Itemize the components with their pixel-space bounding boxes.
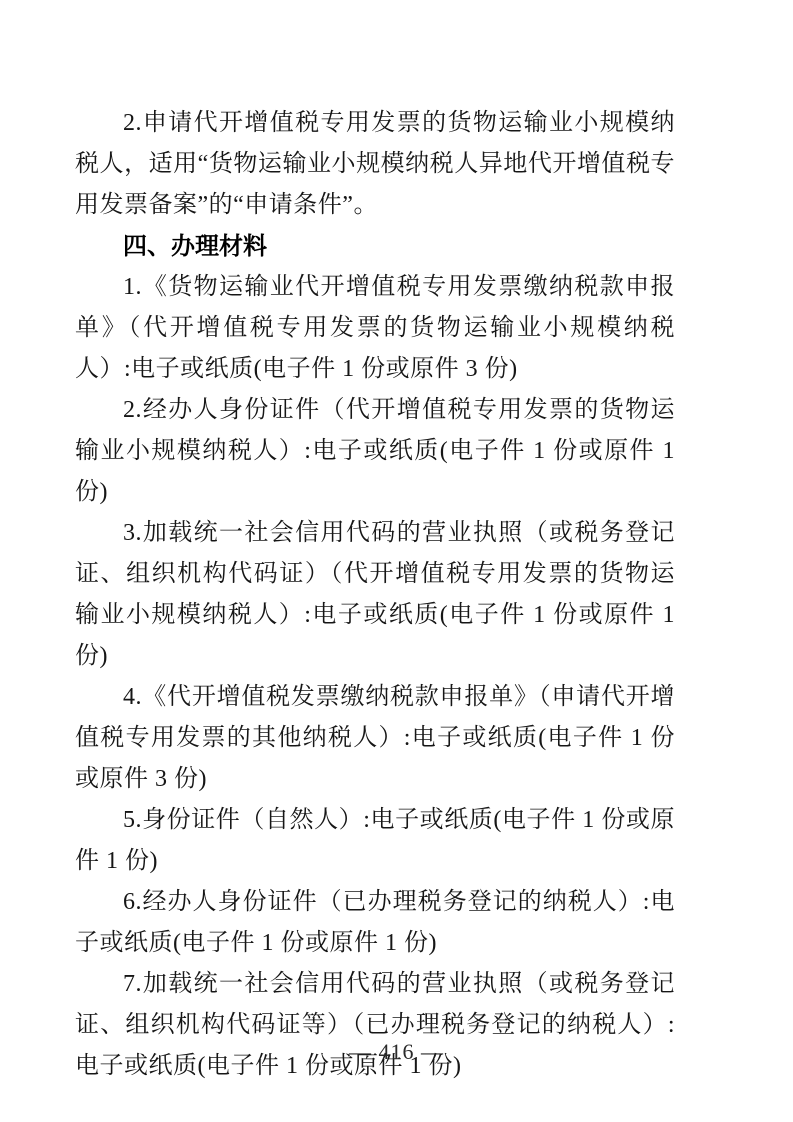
material-item-2: 2.经办人身份证件（代开增值税专用发票的货物运输业小规模纳税人）:电子或纸质(电… (75, 390, 675, 513)
document-content: 2.申请代开增值税专用发票的货物运输业小规模纳税人，适用“货物运输业小规模纳税人… (75, 103, 675, 1087)
material-item-6: 6.经办人身份证件（已办理税务登记的纳税人）:电子或纸质(电子件 1 份或原件 … (75, 882, 675, 964)
material-item-3: 3.加载统一社会信用代码的营业执照（或税务登记证、组织机构代码证）（代开增值税专… (75, 513, 675, 677)
paragraph-applicant-condition: 2.申请代开增值税专用发票的货物运输业小规模纳税人，适用“货物运输业小规模纳税人… (75, 103, 675, 226)
material-item-4: 4.《代开增值税发票缴纳税款申报单》（申请代开增值税专用发票的其他纳税人）:电子… (75, 677, 675, 800)
material-item-1: 1.《货物运输业代开增值税专用发票缴纳税款申报单》（代开增值税专用发票的货物运输… (75, 267, 675, 390)
section-heading-materials: 四、办理材料 (75, 226, 675, 267)
material-item-7: 7.加载统一社会信用代码的营业执照（或税务登记证、组织机构代码证等）（已办理税务… (75, 964, 675, 1087)
material-item-5: 5.身份证件（自然人）:电子或纸质(电子件 1 份或原件 1 份) (75, 800, 675, 882)
document-page: 2.申请代开增值税专用发票的货物运输业小规模纳税人，适用“货物运输业小规模纳税人… (0, 0, 793, 1122)
page-number-footer: — 416 — (0, 1039, 793, 1065)
